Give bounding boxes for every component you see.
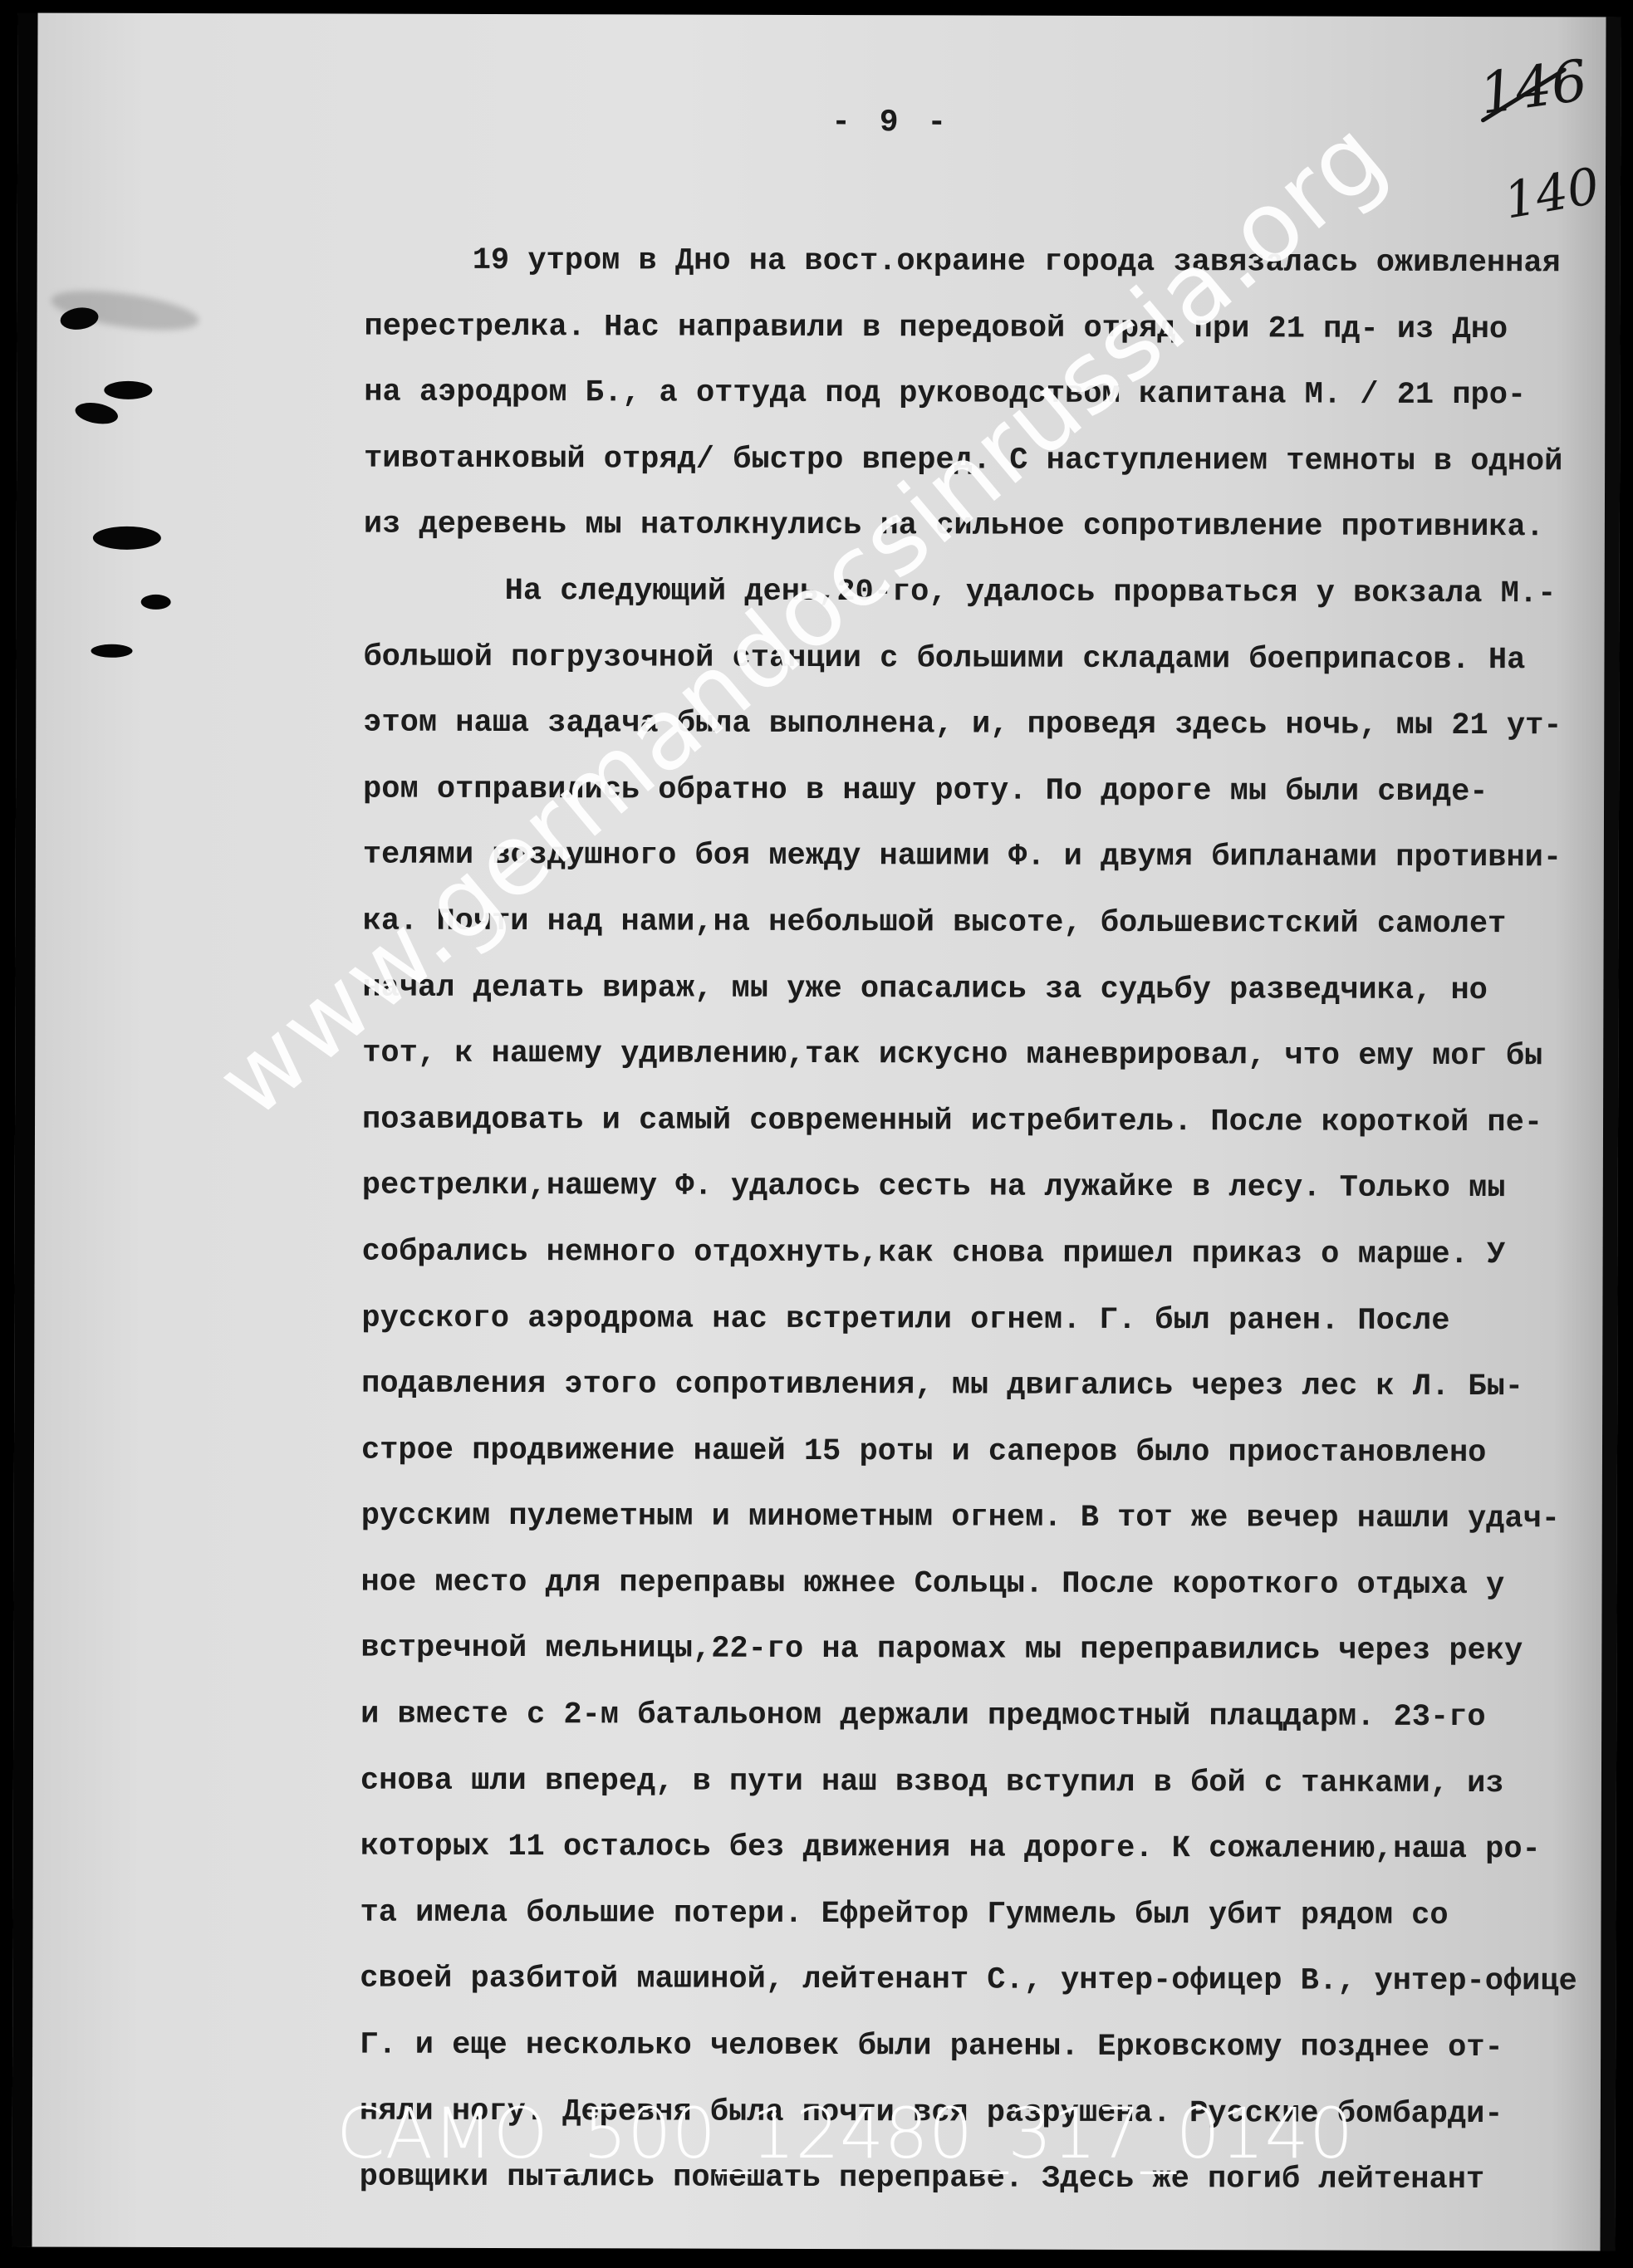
document-page: - 9 - 146 140 19 утром в Дно на вост.окр… xyxy=(12,12,1621,2251)
text-line: ное место для переправы южнее Сольцы. По… xyxy=(360,1550,1631,1619)
text-line: встречной мельницы,22-го на паромах мы п… xyxy=(360,1616,1631,1686)
text-line: снова шли вперед, в пути наш взвод вступ… xyxy=(360,1748,1631,1818)
handwritten-folio: 140 xyxy=(1500,157,1604,231)
text-line: русского аэродрома нас встретили огнем. … xyxy=(361,1286,1632,1355)
text-line: большой погрузочной станции с большими с… xyxy=(363,625,1633,694)
text-line: 19 утром в Дно на вост.окраине города за… xyxy=(365,228,1633,298)
scan-left-edge xyxy=(12,12,37,2246)
punch-hole xyxy=(93,527,161,550)
archive-id-watermark: CAMO_500_12480_317_0140 xyxy=(336,2093,1353,2174)
punch-hole xyxy=(141,595,171,610)
text-line: начал делать вираж, мы уже опасались за … xyxy=(362,955,1633,1025)
text-line: своей разбитой машиной, лейтенант С., ун… xyxy=(360,1947,1631,2016)
text-line: собрались немного отдохнуть,как снова пр… xyxy=(362,1219,1633,1289)
text-line: строе продвижение нашей 15 роты и саперо… xyxy=(361,1418,1632,1487)
punch-hole xyxy=(91,644,132,658)
text-line: позавидовать и самый современный истреби… xyxy=(362,1087,1633,1157)
text-line: рестрелки,нашему Ф. удалось сесть на луж… xyxy=(362,1154,1633,1223)
text-line: перестрелка. Нас направили в передовой о… xyxy=(364,294,1633,364)
text-line: та имела большие потери. Ефрейтор Гуммел… xyxy=(360,1880,1631,1950)
text-line: русским пулеметным и минометным огнем. В… xyxy=(361,1484,1632,1554)
text-line: и вместе с 2-м батальоном держали предмо… xyxy=(360,1683,1631,1752)
page-number: - 9 - xyxy=(831,105,951,140)
text-line: На следующий день,20-го, удалось прорват… xyxy=(364,559,1633,629)
punch-hole xyxy=(104,381,152,399)
text-line: подавления этого сопротивления, мы двига… xyxy=(361,1352,1632,1422)
text-line: которых 11 осталось без движения на доро… xyxy=(360,1815,1631,1884)
text-line: тот, к нашему удивлению,так искусно мане… xyxy=(362,1021,1633,1091)
text-line: Г. и еще несколько человек были ранены. … xyxy=(360,2013,1631,2083)
punch-hole xyxy=(74,399,120,427)
handwritten-folio-old: 146 xyxy=(1476,48,1591,128)
